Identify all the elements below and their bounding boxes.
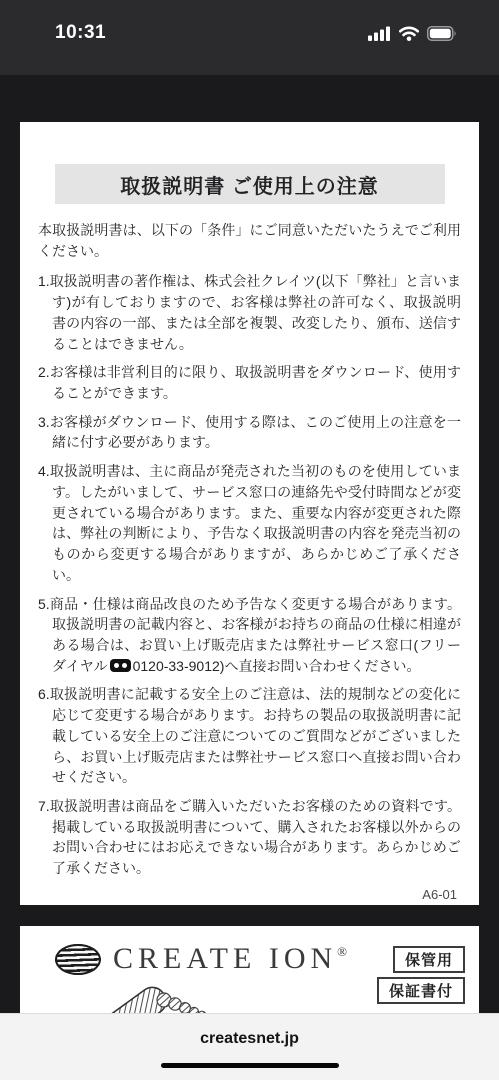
notice-item-5: 5.商品・仕様は商品改良のため予告なく変更する場合があります。取扱説明書の記載内… (38, 594, 461, 677)
brand-name: CREATE ION® (113, 942, 352, 976)
notice-item-6: 6.取扱説明書に記載する安全上のご注意は、法的規制などの変化に応じて変更する場合… (38, 684, 461, 788)
notice-item-3: 3.お客様がダウンロード、使用する際は、このご使用上の注意を一緒に付す必要があり… (38, 412, 461, 453)
hair-iron-illustration (72, 976, 252, 1014)
url-label[interactable]: createsnet.jp (0, 1030, 499, 1048)
status-bar: 10:31 (0, 0, 499, 75)
notice-item-7: 7.取扱説明書は商品をご購入いただいたお客様のための資料です。掲載している取扱説… (38, 796, 461, 879)
globe-icon (55, 944, 101, 975)
warranty-badge: 保証書付 (377, 977, 465, 1004)
item-text: 取扱説明書は商品をご購入いただいたお客様のための資料です。掲載している取扱説明書… (50, 798, 461, 876)
cover-badges: 保管用 保証書付 (377, 946, 465, 1004)
manual-notice-page: 取扱説明書 ご使用上の注意 本取扱説明書は、以下の「条件」にご同意いただいたうえ… (20, 122, 479, 905)
freedial-phone-icon (110, 659, 131, 672)
item-text: お客様がダウンロード、使用する際は、このご使用上の注意を一緒に付す必要があります… (50, 414, 461, 451)
phone-screen: 10:31 取扱説明書 ご使用上の注意 本取扱説明書は (0, 0, 499, 1080)
item-text: 取扱説明書に記載する安全上のご注意は、法的規制などの変化に応じて変更する場合があ… (50, 686, 461, 785)
page-title: 取扱説明書 ご使用上の注意 (120, 170, 379, 199)
status-icons (368, 26, 457, 41)
intro-text: 本取扱説明書は、以下の「条件」にご同意いただいたうえでご利用ください。 (38, 220, 461, 261)
brand-logo: CREATE ION® (55, 942, 352, 976)
item-number: 2. (38, 364, 50, 380)
home-indicator[interactable] (161, 1063, 339, 1068)
manual-cover-strip: CREATE ION® 保管用 保証書付 (20, 926, 479, 1014)
item-number: 1. (38, 273, 50, 289)
item-text-phone: 0120-33-9012)へ直接お問い合わせください。 (133, 658, 421, 674)
item-number: 5. (38, 596, 50, 612)
storage-badge: 保管用 (393, 946, 465, 973)
battery-icon (427, 26, 457, 41)
notice-item-1: 1.取扱説明書の著作権は、株式会社クレイツ(以下「弊社」と言います)が有しており… (38, 271, 461, 354)
item-text: 取扱説明書は、主に商品が発売された当初のものを使用しています。したがいまして、サ… (50, 463, 461, 583)
item-number: 6. (38, 686, 50, 702)
item-text: お客様は非営利目的に限り、取扱説明書をダウンロード、使用することができます。 (50, 364, 461, 401)
wifi-icon (399, 26, 419, 41)
page-title-box: 取扱説明書 ご使用上の注意 (55, 164, 445, 204)
notice-item-2: 2.お客様は非営利目的に限り、取扱説明書をダウンロード、使用することができます。 (38, 362, 461, 403)
item-number: 4. (38, 463, 50, 479)
clock-label: 10:31 (55, 22, 106, 44)
item-number: 3. (38, 414, 50, 430)
item-number: 7. (38, 798, 50, 814)
registered-trademark-icon: ® (337, 944, 352, 959)
doc-code: A6-01 (38, 887, 461, 902)
browser-bottom-bar: createsnet.jp (0, 1013, 499, 1080)
item-text: 取扱説明書の著作権は、株式会社クレイツ(以下「弊社」と言います)が有しております… (50, 273, 461, 351)
notice-item-4: 4.取扱説明書は、主に商品が発売された当初のものを使用しています。したがいまして… (38, 461, 461, 585)
cellular-signal-icon (368, 26, 391, 41)
